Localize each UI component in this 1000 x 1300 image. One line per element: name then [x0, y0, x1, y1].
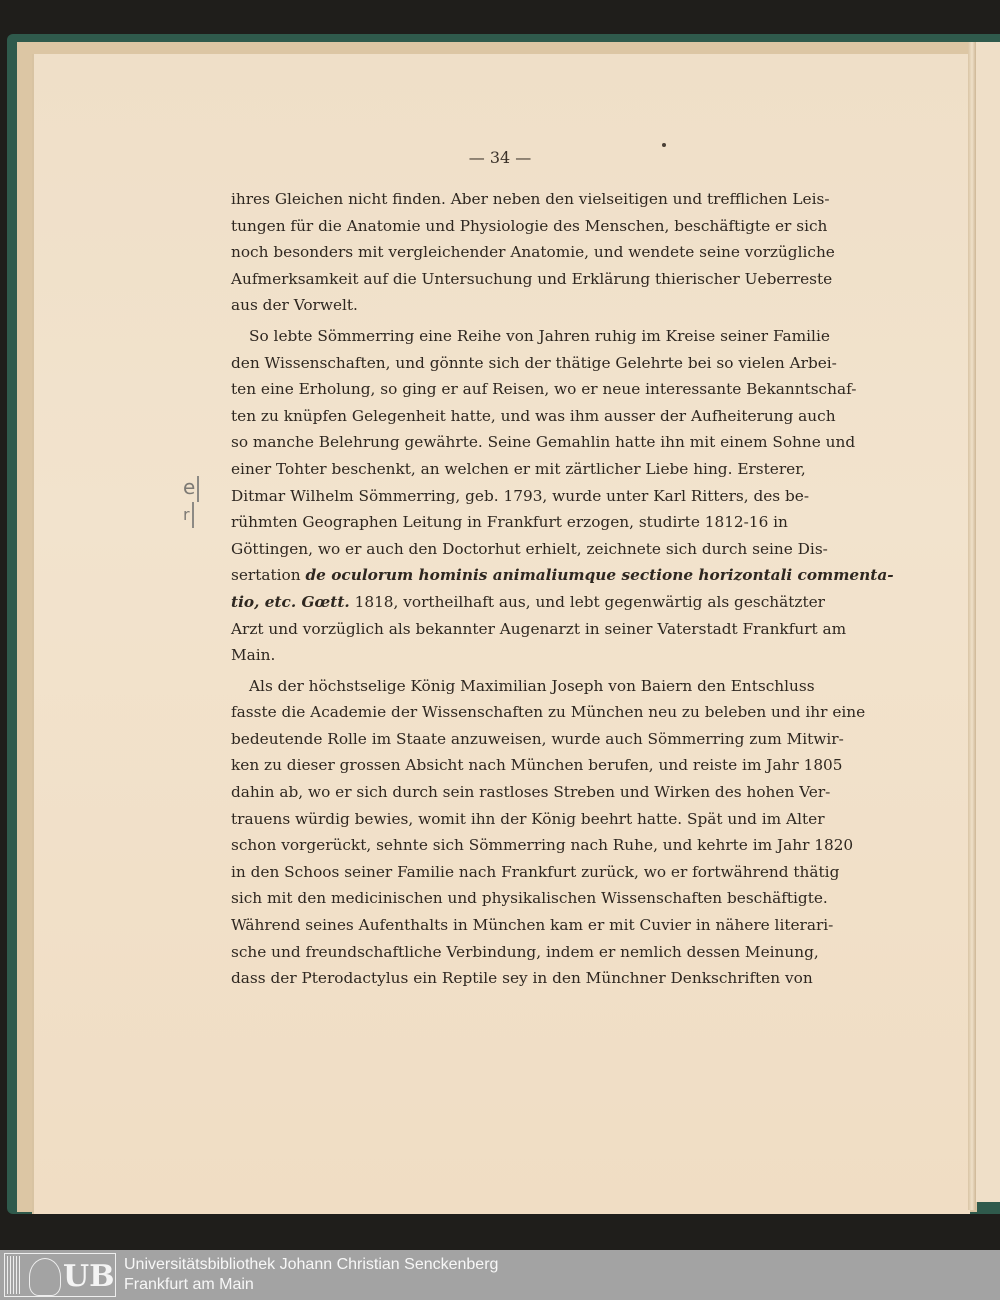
text-line: tungen für die Anatomie und Physiologie … [231, 213, 784, 240]
text-line: ken zu dieser grossen Absicht nach Münch… [231, 752, 784, 779]
margin-annotation-e: e [183, 475, 195, 499]
text-line: sertation de oculorum hominis animaliumq… [231, 562, 784, 589]
text-line: einer Tohter beschenkt, an welchen er mi… [231, 456, 784, 483]
text-line: noch besonders mit vergleichender Anatom… [231, 239, 784, 266]
text-line: Als der höchstselige König Maximilian Jo… [231, 673, 784, 700]
ub-logo-text: UB [63, 1258, 115, 1296]
institution-name: Universitätsbibliothek Johann Christian … [124, 1255, 498, 1295]
page-number: — 34 — [0, 148, 1000, 167]
paragraph-1: ihres Gleichen nicht finden. Aber neben … [231, 186, 784, 319]
pencil-stroke [197, 476, 199, 502]
body-text: ihres Gleichen nicht finden. Aber neben … [231, 186, 784, 992]
text-line: rühmten Geographen Leitung in Frankfurt … [231, 509, 784, 536]
text-line: dahin ab, wo er sich durch sein rastlose… [231, 779, 784, 806]
text-line: bedeutende Rolle im Staate anzuweisen, w… [231, 726, 784, 753]
text-line: Arzt und vorzüglich als bekannter Augena… [231, 616, 784, 643]
text-line: Während seines Aufenthalts in München ka… [231, 912, 784, 939]
text-line: in den Schoos seiner Familie nach Frankf… [231, 859, 784, 886]
text-line: fasste die Academie der Wissenschaften z… [231, 699, 784, 726]
text-line: dass der Pterodactylus ein Reptile sey i… [231, 965, 784, 992]
dissertation-title-cont: tio, etc. Gœtt. [231, 593, 350, 611]
margin-annotation: e r [183, 474, 199, 528]
text-line: so manche Belehrung gewährte. Seine Gema… [231, 429, 784, 456]
text-line: ten eine Erholung, so ging er auf Reisen… [231, 376, 784, 403]
text-line: aus der Vorwelt. [231, 292, 784, 319]
paragraph-2: So lebte Sömmerring eine Reihe von Jahre… [231, 323, 784, 669]
portrait-icon [29, 1258, 61, 1296]
library-footer-banner: UB Universitätsbibliothek Johann Christi… [0, 1250, 1000, 1300]
dissertation-title: de oculorum hominis animaliumque section… [305, 566, 893, 584]
institution-title: Universitätsbibliothek Johann Christian … [124, 1255, 498, 1275]
pencil-stroke [192, 502, 194, 528]
text-line: tio, etc. Gœtt. 1818, vortheilhaft aus, … [231, 589, 784, 616]
text-line: Göttingen, wo er auch den Doctorhut erhi… [231, 536, 784, 563]
text-run: 1818, vortheilhaft aus, und lebt gegenwä… [350, 593, 825, 611]
margin-annotation-r: r [183, 505, 190, 524]
pillars-icon [7, 1256, 21, 1294]
text-line: trauens würdig bewies, womit ihn der Kön… [231, 806, 784, 833]
page-gutter [968, 42, 976, 1210]
ub-logo: UB [4, 1253, 116, 1297]
text-run: sertation [231, 566, 305, 584]
text-line: sich mit den medicinischen und physikali… [231, 885, 784, 912]
text-line: den Wissenschaften, und gönnte sich der … [231, 350, 784, 377]
paragraph-3: Als der höchstselige König Maximilian Jo… [231, 673, 784, 992]
institution-city: Frankfurt am Main [124, 1275, 498, 1295]
facing-page-edge [976, 42, 1000, 1202]
text-line: Aufmerksamkeit auf die Untersuchung und … [231, 266, 784, 293]
ink-speck [662, 143, 666, 147]
text-line: Ditmar Wilhelm Sömmerring, geb. 1793, wu… [231, 483, 784, 510]
text-line: ten zu knüpfen Gelegenheit hatte, und wa… [231, 403, 784, 430]
text-line: So lebte Sömmerring eine Reihe von Jahre… [231, 323, 784, 350]
text-line: sche und freundschaftliche Verbindung, i… [231, 939, 784, 966]
text-line: Main. [231, 642, 784, 669]
text-line: schon vorgerückt, sehnte sich Sömmerring… [231, 832, 784, 859]
text-line: ihres Gleichen nicht finden. Aber neben … [231, 186, 784, 213]
